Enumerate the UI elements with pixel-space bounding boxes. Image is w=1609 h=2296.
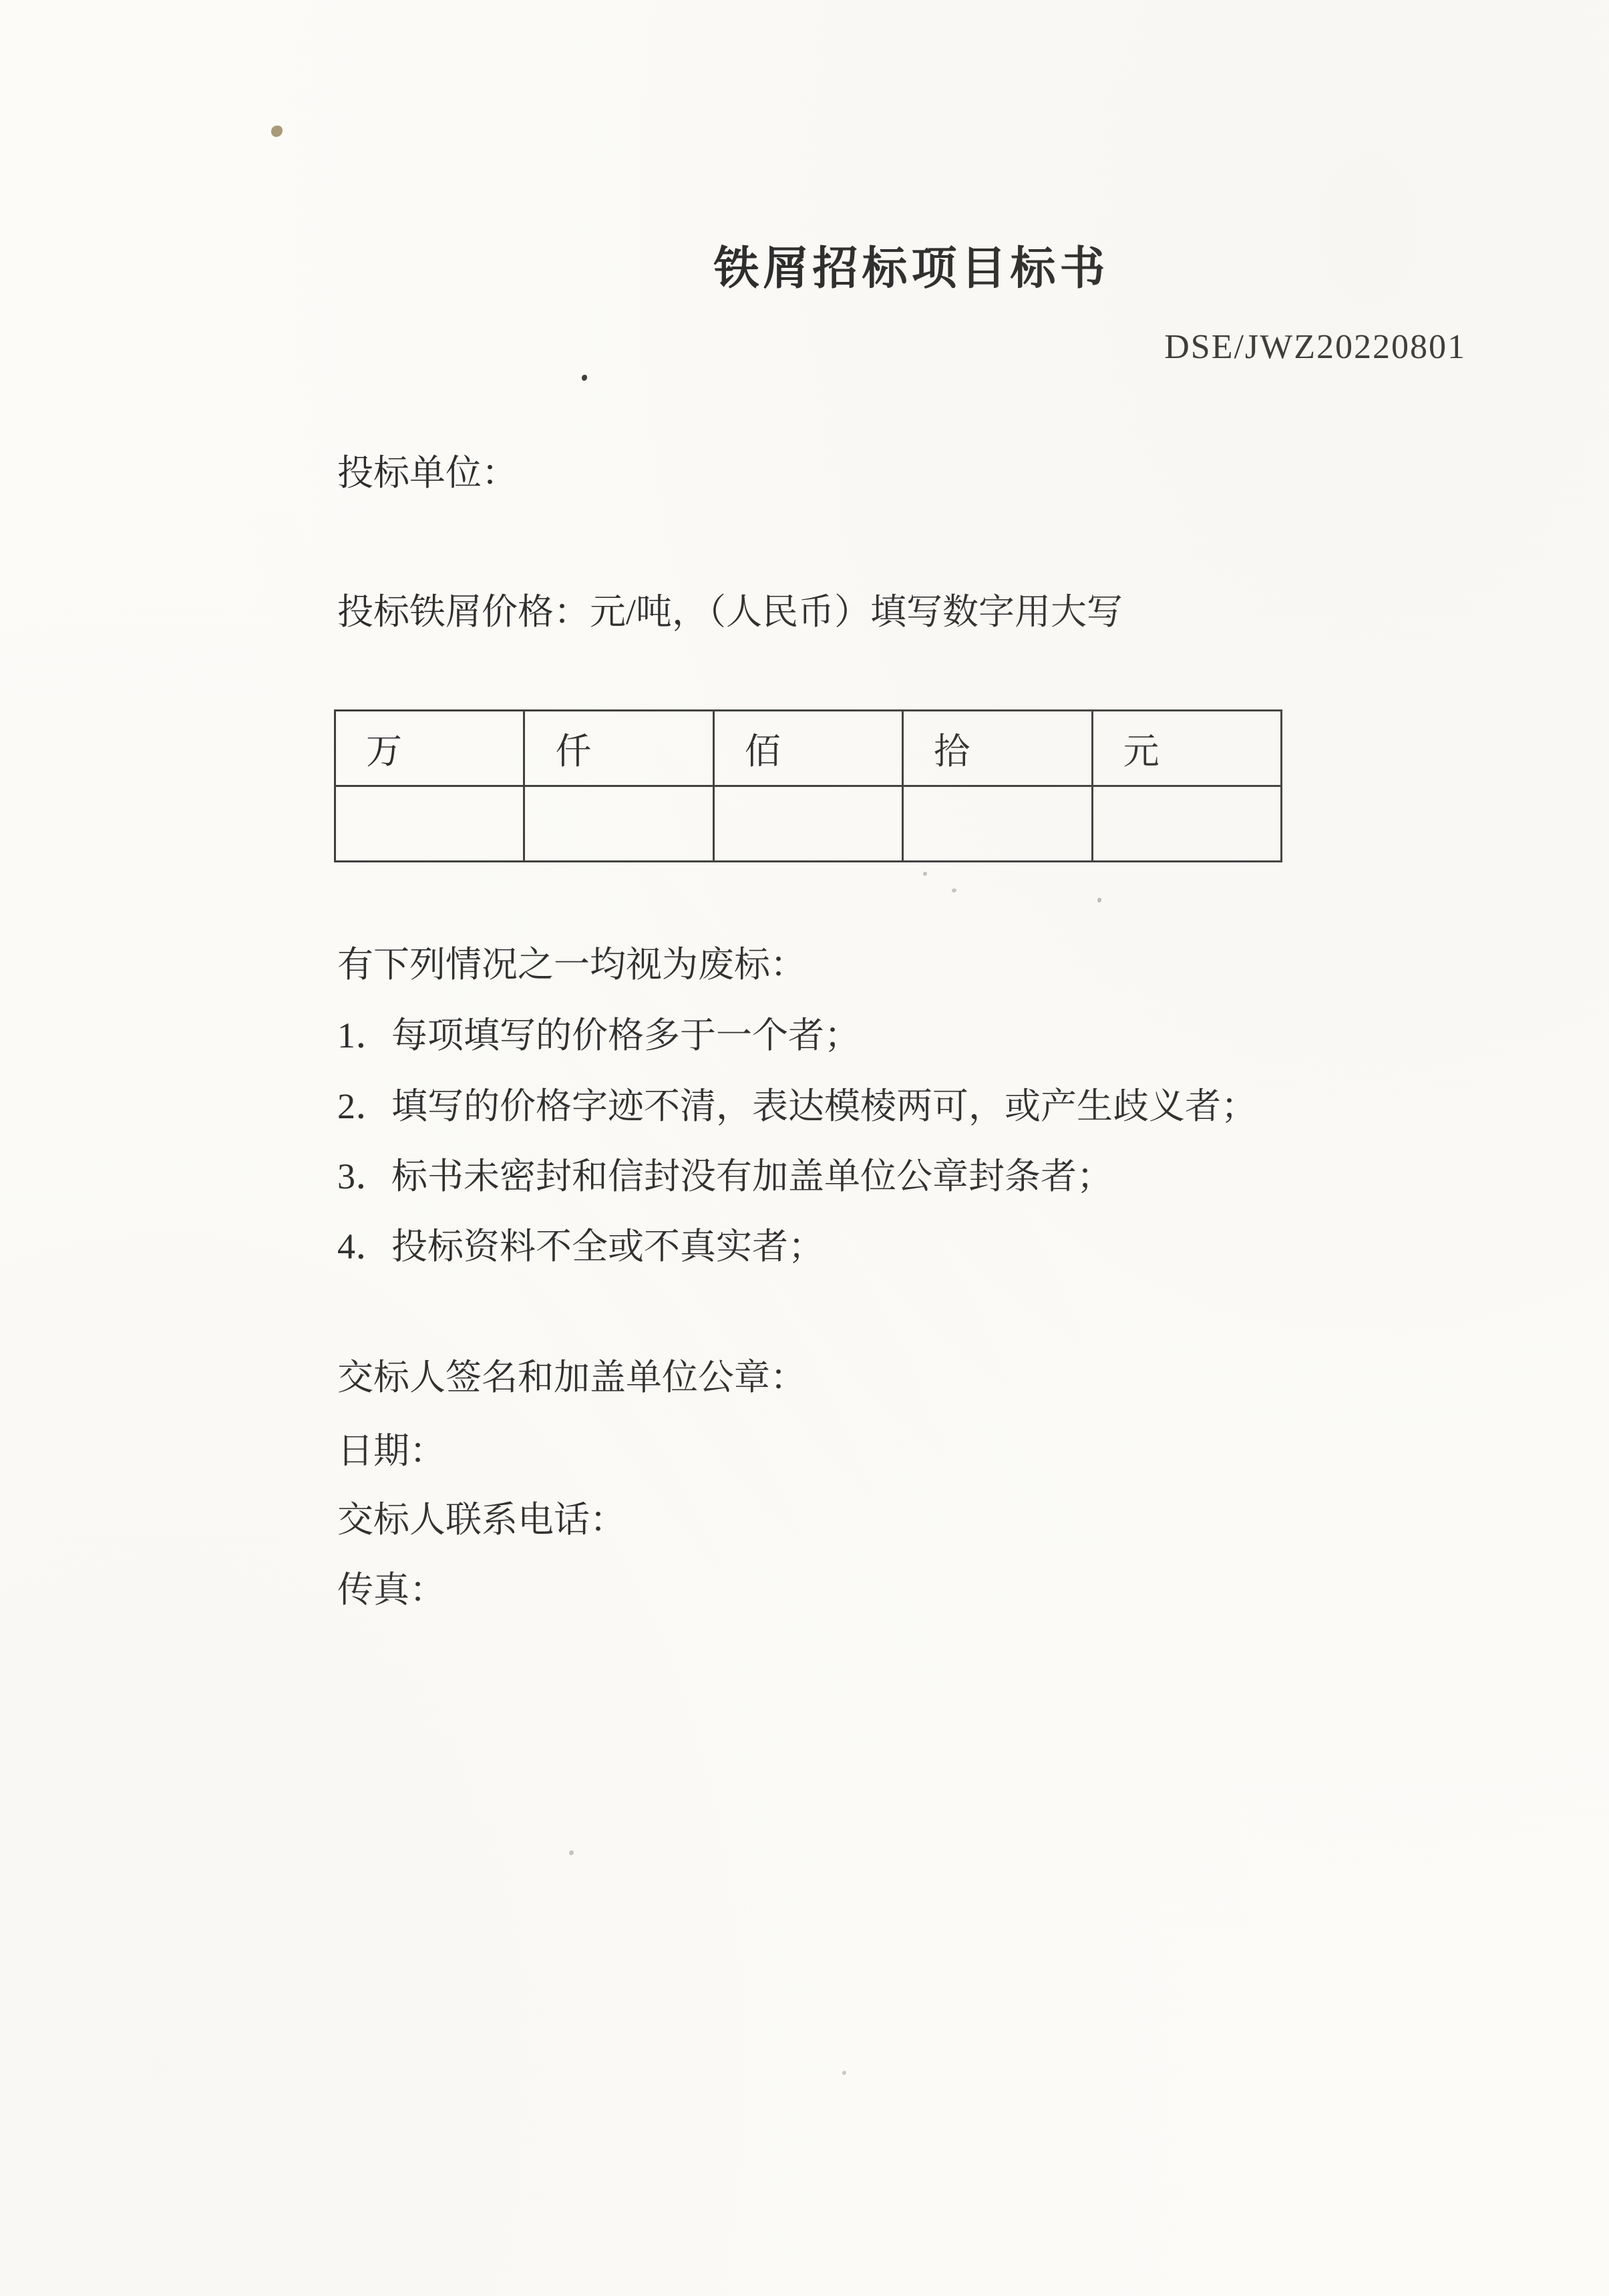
date-label: 日期： [337,1430,445,1473]
price-table-header-row: 万 仟 佰 拾 元 [335,711,1282,786]
invalid-bid-rule-item: 2．填写的价格字迹不清，表达模棱两可，或产生歧义者； [337,1085,1257,1128]
scan-speck [1097,898,1101,903]
price-col-bai: 佰 [713,711,902,786]
invalid-bid-rule-item: 1．每项填写的价格多于一个者； [337,1014,860,1057]
invalid-bid-rules-intro: 有下列情况之一均视为废标： [337,943,806,987]
scan-speck [923,872,927,876]
price-col-wan: 万 [335,711,524,786]
price-cell-shi [903,786,1092,862]
fax-label: 传真： [337,1569,445,1612]
scan-speck [271,126,283,137]
scan-speck [582,375,587,381]
scan-speck [569,1850,574,1855]
scan-speck [952,888,956,892]
bidder-unit-label: 投标单位： [337,452,518,495]
signature-and-seal-label: 交标人签名和加盖单位公章： [337,1356,806,1400]
price-cell-yuan [1092,786,1281,862]
invalid-bid-rule-item: 3．标书未密封和信封没有加盖单位公章封条者； [337,1155,1113,1198]
scan-speck [842,2071,846,2075]
price-col-yuan: 元 [1092,711,1281,786]
document-title: 铁屑招标项目标书 [107,232,1609,297]
price-table-empty-row [335,786,1282,862]
scanned-bid-document-page: 铁屑招标项目标书 DSE/JWZ20220801 投标单位： 投标铁屑价格：元/… [0,0,1609,2296]
price-cell-bai [713,786,902,862]
bid-price-instruction: 投标铁屑价格：元/吨，（人民币）填写数字用大写 [337,591,1123,634]
price-col-shi: 拾 [903,711,1092,786]
invalid-bid-rule-item: 4．投标资料不全或不真实者； [337,1225,824,1269]
document-reference-number: DSE/JWZ20220801 [1164,327,1466,367]
price-cell-qian [524,786,713,862]
contact-phone-label: 交标人联系电话： [337,1498,626,1542]
price-digits-table: 万 仟 佰 拾 元 [334,709,1282,862]
price-col-qian: 仟 [524,711,713,786]
price-cell-wan [335,786,524,862]
